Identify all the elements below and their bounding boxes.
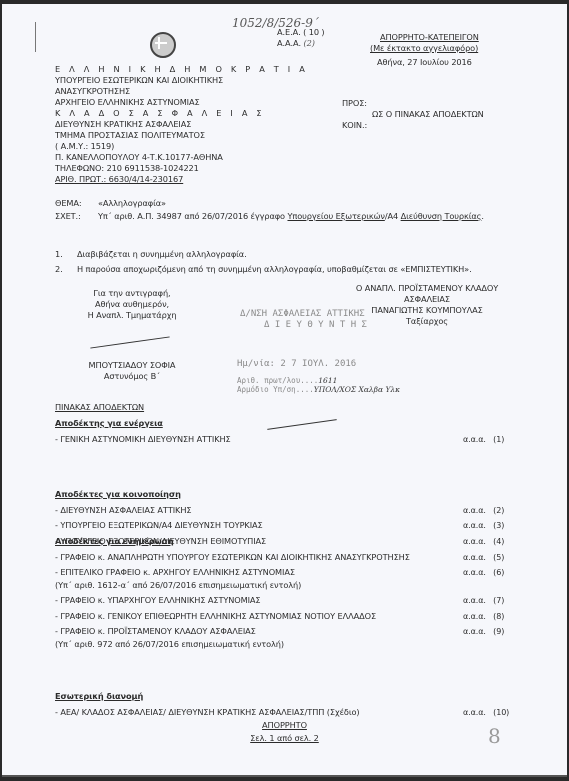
- recipient-group-heading: Αποδέκτης για ενέργεια: [55, 418, 163, 429]
- header-line: ΤΜΗΜΑ ΠΡΟΣΤΑΣΙΑΣ ΠΟΛΙΤΕΥΜΑΤΟΣ: [55, 130, 308, 141]
- header-line: ΑΡΧΗΓΕΙΟ ΕΛΛΗΝΙΚΗΣ ΑΣΤΥΝΟΜΙΑΣ: [55, 97, 308, 108]
- recipient-row: - ΥΠΟΥΡΓΕΙΟ ΕΞΩΤΕΡΙΚΩΝ/Α4 ΔΙΕΥΘΥΝΣΗ ΤΟΥΡ…: [55, 520, 263, 531]
- margin-mark: [35, 22, 36, 52]
- coat-of-arms-icon: [150, 32, 176, 58]
- recipient-row: - ΕΠΙΤΕΛΙΚΟ ΓΡΑΦΕΙΟ κ. ΑΡΧΗΓΟΥ ΕΛΛΗΝΙΚΗΣ…: [55, 567, 295, 578]
- recipient-group-heading: Εσωτερική διανομή: [55, 691, 143, 702]
- copy-note: Για την αντιγραφή, Αθήνα αυθημερόν, Η Αν…: [77, 288, 187, 321]
- recipient-copy-code: α.α.α. (5): [463, 552, 504, 563]
- classification-title: ΑΠΟΡΡΗΤΟ-ΚΑΤΕΠΕΙΓΟΝ: [380, 32, 479, 43]
- body-item: 2.Η παρούσα αποχωριζόμενη από τη συνημμέ…: [55, 264, 472, 275]
- recipient-copy-code: α.α.α. (4): [463, 536, 504, 547]
- recipient-row: - ΓΡΑΦΕΙΟ κ. ΥΠΑΡΧΗΓΟΥ ΕΛΛΗΝΙΚΗΣ ΑΣΤΥΝΟΜ…: [55, 595, 261, 606]
- reference-label: ΣΧΕΤ.:: [55, 211, 81, 222]
- recipient-copy-code: α.α.α. (2): [463, 505, 504, 516]
- header-line: ΔΙΕΥΘΥΝΣΗ ΚΡΑΤΙΚΗΣ ΑΣΦΑΛΕΙΑΣ: [55, 119, 308, 130]
- stamp-date: Ημ/νία: 2 7 ΙΟΥΛ. 2016: [237, 359, 356, 369]
- header-line: ( Α.Μ.Υ.: 1519): [55, 141, 308, 152]
- recipient-copy-code: α.α.α. (8): [463, 611, 504, 622]
- stamp-protocol: Αριθ. πρωτ/λου....1611: [237, 376, 337, 385]
- recipient-row: - ΓΡΑΦΕΙΟ κ. ΠΡΟΪΣΤΑΜΕΝΟΥ ΚΛΑΔΟΥ ΑΣΦΑΛΕΙ…: [55, 626, 256, 637]
- aea-copies: Α.Ε.Α. ( 10 ): [277, 27, 325, 38]
- stamp-officer: Αρμόδιο Υπ/ση....ΥΠΟΛ/ΧΟΣ Χαλβα Υλκ: [237, 385, 400, 394]
- recipient-group-heading: Αποδέκτες για κοινοποίηση: [55, 489, 181, 500]
- header-block: Ε Λ Λ Η Ν Ι Κ Η Δ Η Μ Ο Κ Ρ Α Τ Ι Α ΥΠΟΥ…: [55, 64, 308, 185]
- copy-signer: ΜΠΟΥΤΣΙΑΔΟΥ ΣΟΦΙΑ Αστυνόμος Β΄: [77, 360, 187, 382]
- recipient-copy-code: α.α.α. (9): [463, 626, 504, 637]
- recipient-row: - ΓΡΑΦΕΙΟ κ. ΑΝΑΠΛΗΡΩΤΗ ΥΠΟΥΡΓΟΥ ΕΣΩΤΕΡΙ…: [55, 552, 410, 563]
- recipient-copy-code: α.α.α. (7): [463, 595, 504, 606]
- recipient-copy-code: α.α.α. (6): [463, 567, 504, 578]
- header-line: ΑΝΑΣΥΓΚΡΟΤΗΣΗΣ: [55, 86, 308, 97]
- to-label: ΠΡΟΣ:: [342, 98, 367, 109]
- recipient-note: (Υπ΄ αριθ. 1612-α΄ από 26/07/2016 επισημ…: [55, 580, 301, 591]
- stamp-line2: Δ Ι Ε Υ Θ Υ Ν Τ Η Σ: [264, 320, 367, 330]
- header-line: Ε Λ Λ Η Ν Ι Κ Η Δ Η Μ Ο Κ Ρ Α Τ Ι Α: [55, 64, 308, 75]
- recipient-row: - ΑΕΑ/ ΚΛΑΔΟΣ ΑΣΦΑΛΕΙΑΣ/ ΔΙΕΥΘΥΝΣΗ ΚΡΑΤΙ…: [55, 707, 360, 718]
- signature-copy: [90, 336, 169, 348]
- recipient-copy-code: α.α.α. (1): [463, 434, 504, 445]
- page-number: Σελ. 1 από σελ. 2: [2, 733, 567, 744]
- recipient-copy-code: α.α.α. (3): [463, 520, 504, 531]
- aaa-copies: Α.Α.Α. (2): [277, 38, 315, 49]
- subject-label: ΘΕΜΑ:: [55, 198, 82, 209]
- recipients-title: ΠΙΝΑΚΑΣ ΑΠΟΔΕΚΤΩΝ: [55, 402, 144, 413]
- recipient-copy-code: α.α.α. (10): [463, 707, 509, 718]
- to-value: ΩΣ Ο ΠΙΝΑΚΑΣ ΑΠΟΔΕΚΤΩΝ: [372, 109, 484, 120]
- recipient-note: (Υπ΄ αριθ. 972 από 26/07/2016 επισημειωμ…: [55, 639, 284, 650]
- reference-value: Υπ΄ αριθ. Α.Π. 34987 από 26/07/2016 έγγρ…: [98, 211, 484, 222]
- body-item: 1.Διαβιβάζεται η συνημμένη αλληλογραφία.: [55, 249, 247, 260]
- recipient-row: - ΓΕΝΙΚΗ ΑΣΤΥΝΟΜΙΚΗ ΔΙΕΥΘΥΝΣΗ ΑΤΤΙΚΗΣ: [55, 434, 231, 445]
- cc-label: ΚΟΙΝ.:: [342, 120, 367, 131]
- recipient-row: - ΓΡΑΦΕΙΟ κ. ΓΕΝΙΚΟΥ ΕΠΙΘΕΩΡΗΤΗ ΕΛΛΗΝΙΚΗ…: [55, 611, 376, 622]
- delivery-method: (Με έκτακτο αγγελιαφόρο): [370, 43, 478, 54]
- handwritten-mark: 8: [488, 724, 501, 748]
- signature-stamp: [267, 419, 336, 430]
- subject-value: «Αλληλογραφία»: [98, 198, 166, 209]
- document-page: 1052/8/526-9΄ Α.Ε.Α. ( 10 ) Α.Α.Α. (2) Α…: [2, 4, 567, 777]
- header-line: Κ Λ Α Δ Ο Σ Α Σ Φ Α Λ Ε Ι Α Σ: [55, 108, 308, 119]
- recipient-row: - ΔΙΕΥΘΥΝΣΗ ΑΣΦΑΛΕΙΑΣ ΑΤΤΙΚΗΣ: [55, 505, 191, 516]
- header-line: Π. ΚΑΝΕΛΛΟΠΟΥΛΟΥ 4-Τ.Κ.10177-ΑΘΗΝΑ: [55, 152, 308, 163]
- header-line: ΤΗΛΕΦΩΝΟ: 210 6911538-1024221: [55, 163, 308, 174]
- recipient-group-heading: Αποδέκτες για ενημέρωση: [55, 536, 174, 547]
- footer-classification: ΑΠΟΡΡΗΤΟ: [2, 720, 567, 731]
- place-date: Αθήνα, 27 Ιουλίου 2016: [377, 57, 472, 68]
- protocol-number: ΑΡΙΘ. ΠΡΩΤ.: 6630/4/14-230167: [55, 174, 308, 185]
- header-line: ΥΠΟΥΡΓΕΙΟ ΕΣΩΤΕΡΙΚΩΝ ΚΑΙ ΔΙΟΙΚΗΤΙΚΗΣ: [55, 75, 308, 86]
- stamp-line1: Δ/ΝΣΗ ΑΣΦΑΛΕΙΑΣ ΑΤΤΙΚΗΣ: [240, 309, 365, 319]
